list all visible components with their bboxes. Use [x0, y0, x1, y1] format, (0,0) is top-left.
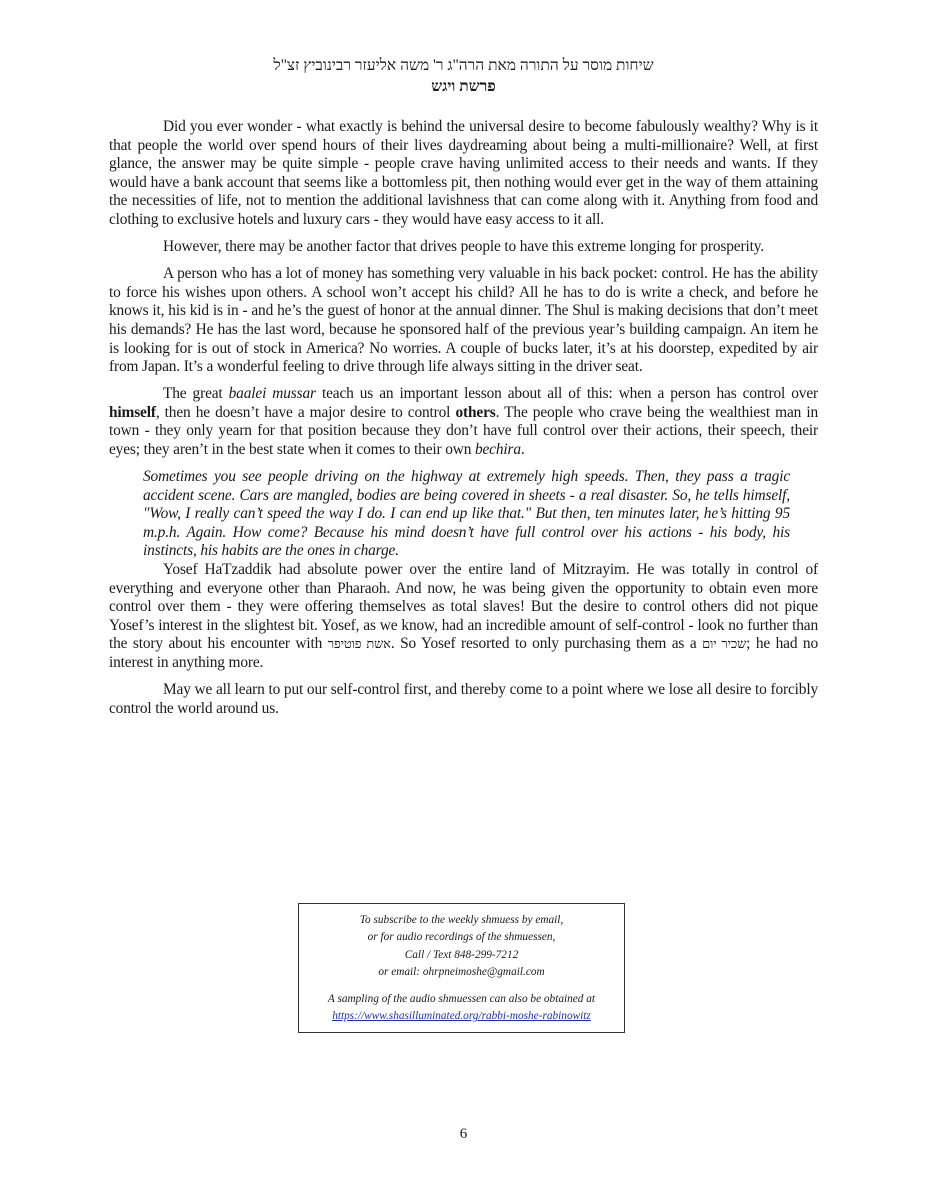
audio-link[interactable]: https://www.shasilluminated.org/rabbi-mo…	[332, 1010, 591, 1022]
info-line-phone: Call / Text 848-299-7212	[299, 947, 624, 964]
paragraph-4: The great baalei mussar teach us an impo…	[109, 385, 818, 459]
text-span: The great	[163, 385, 229, 402]
subscription-info-box: To subscribe to the weekly shmuess by em…	[298, 903, 625, 1033]
italic-term-baalei-mussar: baalei mussar	[229, 385, 316, 402]
paragraph-3: A person who has a lot of money has some…	[109, 265, 818, 377]
quote-paragraph: Sometimes you see people driving on the …	[143, 468, 790, 561]
hebrew-term-sechir-yom: שכיר יום	[702, 636, 746, 651]
page-number: 6	[0, 1126, 927, 1143]
header-parsha-hebrew: פרשת ויגש	[0, 76, 927, 97]
text-span: . So Yosef resorted to only purchasing t…	[391, 635, 702, 652]
text-span: teach us an important lesson about all o…	[316, 385, 818, 402]
bold-term-others: others	[455, 404, 495, 421]
paragraph-2: However, there may be another factor tha…	[109, 238, 818, 257]
bold-term-himself: himself	[109, 404, 156, 421]
paragraph-5: Yosef HaTzaddik had absolute power over …	[109, 561, 818, 673]
hebrew-term-eishes-potifar: אשת פוטיפר	[328, 636, 391, 651]
info-line-audio: or for audio recordings of the shmuessen…	[299, 929, 624, 946]
text-span: .	[521, 441, 525, 458]
paragraph-6: May we all learn to put our self-control…	[109, 681, 818, 718]
article-body: Did you ever wonder - what exactly is be…	[109, 118, 818, 727]
spacer	[299, 981, 624, 991]
page-header: שיחות מוסר על התורה מאת הרה"ג ר' משה אלי…	[0, 55, 927, 97]
italic-term-bechira: bechira	[475, 441, 521, 458]
info-line-email: or email: ohrpneimoshe@gmail.com	[299, 964, 624, 981]
info-line-sampling: A sampling of the audio shmuessen can al…	[299, 991, 624, 1008]
header-title-hebrew: שיחות מוסר על התורה מאת הרה"ג ר' משה אלי…	[0, 55, 927, 76]
paragraph-1: Did you ever wonder - what exactly is be…	[109, 118, 818, 230]
text-span: , then he doesn’t have a major desire to…	[156, 404, 456, 421]
info-line-subscribe: To subscribe to the weekly shmuess by em…	[299, 912, 624, 929]
